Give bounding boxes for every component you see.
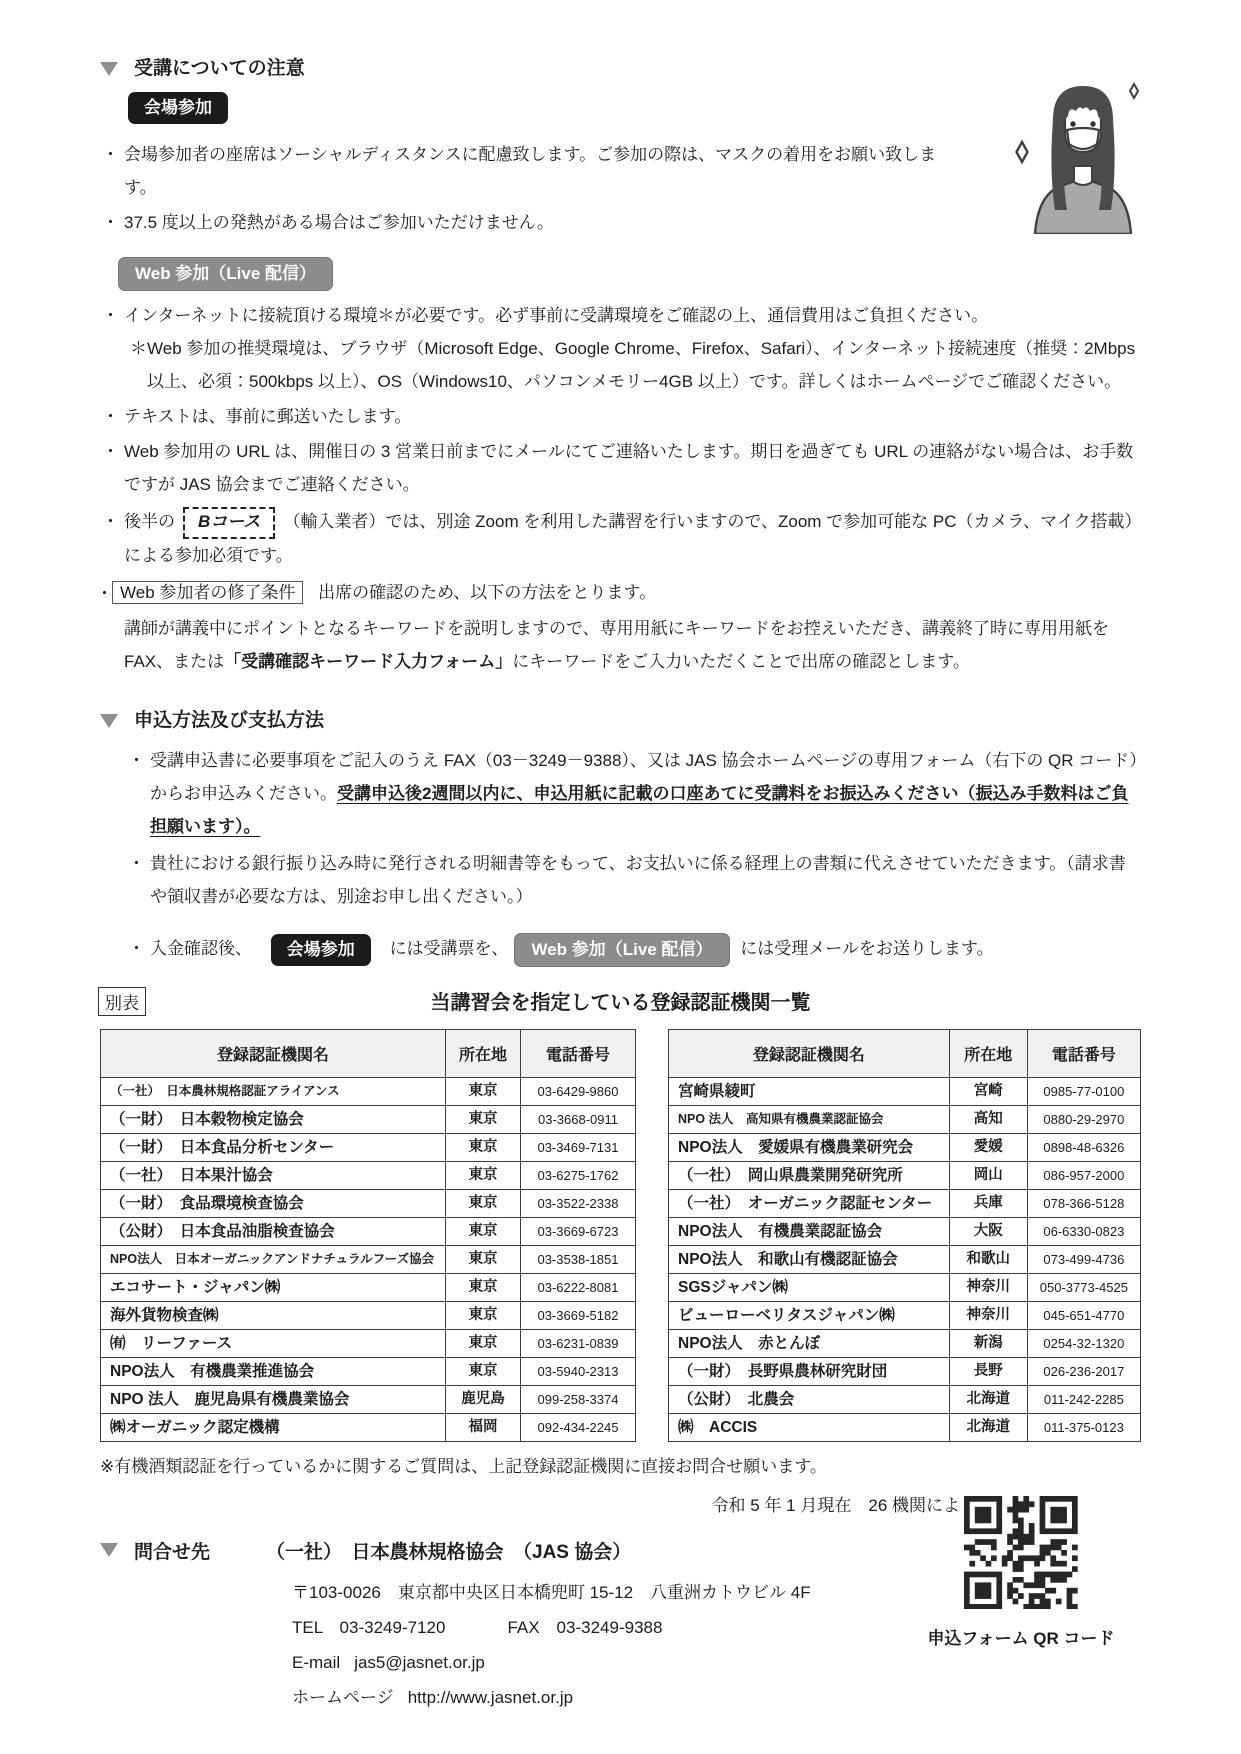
- phone-cell: 011-242-2285: [1027, 1386, 1140, 1414]
- phone-cell: 03-3522-2338: [520, 1190, 635, 1218]
- org-name-cell: NPO法人 有機農業認証協会: [669, 1218, 950, 1246]
- certification-table-right: 登録認証機関名 所在地 電話番号 宮崎県綾町宮崎0985-77-0100NPO …: [668, 1029, 1141, 1442]
- table-row: NPO法人 有機農業認証協会大阪06-6330-0823: [669, 1218, 1141, 1246]
- homepage-line: ホームページhttp://www.jasnet.or.jp: [292, 1683, 811, 1713]
- postal-address: 〒103-0026 東京都中央区日本橋兜町 15-12 八重洲カトウビル 4F: [292, 1578, 811, 1608]
- org-name-cell: エコサート・ジャパン㈱: [101, 1274, 446, 1302]
- org-name-cell: NPO法人 愛媛県有機農業研究会: [669, 1134, 950, 1162]
- location-cell: 和歌山: [949, 1246, 1027, 1274]
- phone-cell: 026-236-2017: [1027, 1358, 1140, 1386]
- completion-condition-box: Web 参加者の修了条件: [112, 581, 303, 604]
- location-cell: 兵庫: [949, 1190, 1027, 1218]
- table-row: （公財） 日本食品油脂検査協会東京03-3669-6723: [101, 1218, 636, 1246]
- location-cell: 神奈川: [949, 1274, 1027, 1302]
- neck: [1074, 166, 1092, 185]
- org-name-cell: 宮崎県綾町: [669, 1078, 950, 1106]
- bcourse-pre-text: 後半の: [124, 512, 175, 531]
- table-row: NPO法人 有機農業推進協会東京03-5940-2313: [101, 1358, 636, 1386]
- org-name-cell: NPO法人 日本オーガニックアンドナチュラルフーズ協会: [101, 1246, 446, 1274]
- org-name-cell: （一社） オーガニック認証センター: [669, 1190, 950, 1218]
- table-row: NPO法人 和歌山有機認証協会和歌山073-499-4736: [669, 1246, 1141, 1274]
- org-name-cell: （一社） 日本果汁協会: [101, 1162, 446, 1190]
- table-row: （一財） 食品環境検査協会東京03-3522-2338: [101, 1190, 636, 1218]
- completion-condition-text: 出席の確認のため、以下の方法をとります。: [318, 583, 656, 602]
- phone-cell: 0985-77-0100: [1027, 1078, 1140, 1106]
- location-cell: 東京: [446, 1078, 521, 1106]
- triangle-marker-icon: [100, 62, 118, 76]
- org-name-cell: ㈲ リーファース: [101, 1330, 446, 1358]
- table-row: （一社） 日本果汁協会東京03-6275-1762: [101, 1162, 636, 1190]
- appendix-tag: 別表: [98, 987, 146, 1016]
- table-row: SGSジャパン㈱神奈川050-3773-4525: [669, 1274, 1141, 1302]
- phone-cell: 03-3668-0911: [520, 1106, 635, 1134]
- phone-cell: 03-3469-7131: [520, 1134, 635, 1162]
- org-name-cell: （公財） 日本食品油脂検査協会: [101, 1218, 446, 1246]
- org-name-cell: （一財） 食品環境検査協会: [101, 1190, 446, 1218]
- table-row: ㈱ ACCIS北海道011-375-0123: [669, 1414, 1141, 1442]
- location-cell: 東京: [446, 1162, 521, 1190]
- phone-cell: 099-258-3374: [520, 1386, 635, 1414]
- org-name-cell: （一社） 日本農林規格認証アライアンス: [101, 1078, 446, 1106]
- table-row: ビューローベリタスジャパン㈱神奈川045-651-4770: [669, 1302, 1141, 1330]
- acceptance-mail-text: には受理メールをお送りします。: [740, 939, 993, 958]
- email-address: jas5@jasnet.or.jp: [354, 1653, 485, 1672]
- org-name-cell: SGSジャパン㈱: [669, 1274, 950, 1302]
- keyword-form-name: 「受講確認キーワード入力フォーム」: [224, 652, 512, 671]
- location-cell: 宮崎: [949, 1078, 1027, 1106]
- document-page: 受講についての注意 会場参加 会場参加者の座席はソーシャルディスタンスに配慮致し…: [0, 0, 1241, 1754]
- section-notes-heading: 受講についての注意: [100, 56, 1141, 82]
- section-notes-title: 受講についての注意: [134, 56, 305, 82]
- table-row: （一社） 岡山県農業開発研究所岡山086-957-2000: [669, 1162, 1141, 1190]
- contact-heading: 問合せ先: [100, 1538, 210, 1713]
- triangle-marker-icon: [100, 1543, 118, 1557]
- venue-participation-badge: 会場参加: [271, 934, 371, 966]
- email-label: E-mail: [292, 1653, 340, 1672]
- bcourse-box: Bコース: [183, 507, 275, 539]
- org-name-cell: （公財） 北農会: [669, 1386, 950, 1414]
- table-row: ㈲ リーファース東京03-6231-0839: [101, 1330, 636, 1358]
- email-line: E-mailjas5@jasnet.or.jp: [292, 1648, 811, 1678]
- contact-title: 問合せ先: [134, 1542, 210, 1563]
- apply-bullet-2: 貴社における銀行振り込み時に発行される明細書等をもって、お支払いに係る経理上の書…: [126, 847, 1141, 913]
- phone-cell: 03-6429-9860: [520, 1078, 635, 1106]
- location-cell: 東京: [446, 1274, 521, 1302]
- location-cell: 東京: [446, 1330, 521, 1358]
- bcourse-bullet: 後半のBコース（輸入業者）では、別途 Zoom を利用した講習を行いますので、Z…: [100, 505, 1141, 572]
- web-participation-badge: Web 参加（Live 配信）: [118, 257, 333, 291]
- phone-cell: 078-366-5128: [1027, 1190, 1140, 1218]
- phone-cell: 086-957-2000: [1027, 1162, 1140, 1190]
- location-cell: 東京: [446, 1218, 521, 1246]
- phone-cell: 03-5940-2313: [520, 1358, 635, 1386]
- org-name-cell: NPO法人 赤とんぼ: [669, 1330, 950, 1358]
- table-row: （公財） 北農会北海道011-242-2285: [669, 1386, 1141, 1414]
- table-row: （一財） 長野県農林研究財団長野026-236-2017: [669, 1358, 1141, 1386]
- table-header-row: 登録認証機関名 所在地 電話番号: [101, 1030, 636, 1078]
- section-apply-title: 申込方法及び支払方法: [134, 708, 324, 734]
- venue-bullet: 37.5 度以上の発熱がある場合はご参加いただけません。: [100, 206, 1141, 239]
- org-name-cell: （一財） 長野県農林研究財団: [669, 1358, 950, 1386]
- organization-name: （一社） 日本農林規格協会 （JAS 協会）: [266, 1538, 811, 1568]
- certification-table-left: 登録認証機関名 所在地 電話番号 （一社） 日本農林規格認証アライアンス東京03…: [100, 1029, 636, 1442]
- homepage-label: ホームページ: [292, 1688, 394, 1707]
- org-name-cell: 海外貨物検査㈱: [101, 1302, 446, 1330]
- location-cell: 新潟: [949, 1330, 1027, 1358]
- location-cell: 長野: [949, 1358, 1027, 1386]
- org-name-cell: NPO 法人 高知県有機農業認証協会: [669, 1106, 950, 1134]
- eye: [1070, 121, 1075, 126]
- location-cell: 愛媛: [949, 1134, 1027, 1162]
- triangle-marker-icon: [100, 714, 118, 728]
- table-row: NPO法人 愛媛県有機農業研究会愛媛0898-48-6326: [669, 1134, 1141, 1162]
- org-name-cell: ㈱オーガニック認定機構: [101, 1414, 446, 1442]
- table-row: エコサート・ジャパン㈱東京03-6222-8081: [101, 1274, 636, 1302]
- text-mailing-bullet: テキストは、事前に郵送いたします。: [100, 400, 1141, 433]
- tel-number: TEL 03-3249-7120: [292, 1618, 445, 1637]
- phone-cell: 092-434-2245: [520, 1414, 635, 1442]
- location-cell: 福岡: [446, 1414, 521, 1442]
- web-bullet-internet: インターネットに接続頂ける環境＊が必要です。必ず事前に受講環境をご確認の上、通信…: [100, 299, 1141, 332]
- location-cell: 東京: [446, 1302, 521, 1330]
- completion-condition-bullet: Web 参加者の修了条件 出席の確認のため、以下の方法をとります。: [100, 576, 1141, 610]
- table-row: NPO 法人 高知県有機農業認証協会高知0880-29-2970: [669, 1106, 1141, 1134]
- phone-line: TEL 03-3249-7120FAX 03-3249-9388: [292, 1613, 811, 1643]
- sparkle-icon: [1130, 84, 1138, 98]
- web-url-bullet: Web 参加用の URL は、開催日の 3 営業日前までにメールにてご連絡いたし…: [100, 435, 1141, 501]
- phone-cell: 0254-32-1320: [1027, 1330, 1140, 1358]
- org-name-cell: NPO法人 和歌山有機認証協会: [669, 1246, 950, 1274]
- column-header-name: 登録認証機関名: [101, 1030, 446, 1078]
- payment-confirm-text: 入金確認後、: [150, 939, 252, 958]
- org-name-cell: NPO法人 有機農業推進協会: [101, 1358, 446, 1386]
- org-name-cell: （一財） 日本食品分析センター: [101, 1134, 446, 1162]
- phone-cell: 03-3669-5182: [520, 1302, 635, 1330]
- eye: [1090, 121, 1095, 126]
- location-cell: 高知: [949, 1106, 1027, 1134]
- web-environment-note: ＊Web 参加の推奨環境は、ブラウザ（Microsoft Edge、Google…: [100, 332, 1141, 398]
- column-header-name: 登録認証機関名: [669, 1030, 950, 1078]
- phone-cell: 03-3669-6723: [520, 1218, 635, 1246]
- phone-cell: 011-375-0123: [1027, 1414, 1140, 1442]
- org-name-cell: NPO 法人 鹿児島県有機農業協会: [101, 1386, 446, 1414]
- apply-bullet-3: 入金確認後、 会場参加 には受講票を、Web 参加（Live 配信） には受理メ…: [126, 929, 1141, 969]
- table-row: （一財） 日本穀物検定協会東京03-3668-0911: [101, 1106, 636, 1134]
- org-name-cell: ㈱ ACCIS: [669, 1414, 950, 1442]
- location-cell: 神奈川: [949, 1302, 1027, 1330]
- column-header-phone: 電話番号: [1027, 1030, 1140, 1078]
- qr-code: [960, 1492, 1081, 1618]
- location-cell: 東京: [446, 1190, 521, 1218]
- phone-cell: 03-6222-8081: [520, 1274, 635, 1302]
- column-header-location: 所在地: [446, 1030, 521, 1078]
- location-cell: 北海道: [949, 1386, 1027, 1414]
- phone-cell: 03-6275-1762: [520, 1162, 635, 1190]
- table-row: 宮崎県綾町宮崎0985-77-0100: [669, 1078, 1141, 1106]
- table-row: NPO 法人 鹿児島県有機農業協会鹿児島099-258-3374: [101, 1386, 636, 1414]
- table-row: NPO法人 日本オーガニックアンドナチュラルフーズ協会東京03-3538-185…: [101, 1246, 636, 1274]
- org-name-cell: （一社） 岡山県農業開発研究所: [669, 1162, 950, 1190]
- table-row: （一社） オーガニック認証センター兵庫078-366-5128: [669, 1190, 1141, 1218]
- phone-cell: 03-6231-0839: [520, 1330, 635, 1358]
- phone-cell: 050-3773-4525: [1027, 1274, 1140, 1302]
- phone-cell: 06-6330-0823: [1027, 1218, 1140, 1246]
- org-name-cell: ビューローベリタスジャパン㈱: [669, 1302, 950, 1330]
- ticket-text: には受講票を、: [389, 939, 508, 958]
- phone-cell: 045-651-4770: [1027, 1302, 1140, 1330]
- table-header-row: 登録認証機関名 所在地 電話番号: [669, 1030, 1141, 1078]
- certification-bodies-section: 別表 当講習会を指定している登録認証機関一覧 登録認証機関名 所在地 電話番号 …: [100, 989, 1141, 1522]
- table-title: 当講習会を指定している登録認証機関一覧: [100, 989, 1141, 1017]
- location-cell: 岡山: [949, 1162, 1027, 1190]
- venue-participation-badge: 会場参加: [128, 92, 228, 124]
- location-cell: 大阪: [949, 1218, 1027, 1246]
- apply-bullet-1: 受講申込書に必要事項をご記入のうえ FAX（03－3249－9388）、又は J…: [126, 744, 1141, 843]
- face-mask: [1067, 128, 1099, 149]
- table-row: （一社） 日本農林規格認証アライアンス東京03-6429-9860: [101, 1078, 636, 1106]
- location-cell: 北海道: [949, 1414, 1027, 1442]
- qr-caption: 申込フォーム QR コード: [911, 1624, 1131, 1649]
- homepage-url: http://www.jasnet.or.jp: [408, 1688, 573, 1707]
- column-header-location: 所在地: [949, 1030, 1027, 1078]
- org-name-cell: （一財） 日本穀物検定協会: [101, 1106, 446, 1134]
- location-cell: 東京: [446, 1106, 521, 1134]
- qr-svg: [964, 1496, 1077, 1609]
- web-participation-badge: Web 参加（Live 配信）: [514, 933, 729, 967]
- location-cell: 東京: [446, 1358, 521, 1386]
- table-row: ㈱オーガニック認定機構福岡092-434-2245: [101, 1414, 636, 1442]
- column-header-phone: 電話番号: [520, 1030, 635, 1078]
- sparkle-icon: [1017, 142, 1028, 162]
- venue-bullet: 会場参加者の座席はソーシャルディスタンスに配慮致します。ご参加の際は、マスクの着…: [100, 138, 954, 204]
- table-row: 海外貨物検査㈱東京03-3669-5182: [101, 1302, 636, 1330]
- phone-cell: 03-3538-1851: [520, 1246, 635, 1274]
- qr-block: 申込フォーム QR コード: [911, 1492, 1131, 1649]
- completion-detail: 講師が講義中にポイントとなるキーワードを説明しますので、専用用紙にキーワードをお…: [124, 612, 1141, 678]
- table-row: NPO法人 赤とんぼ新潟0254-32-1320: [669, 1330, 1141, 1358]
- location-cell: 東京: [446, 1246, 521, 1274]
- phone-cell: 0880-29-2970: [1027, 1106, 1140, 1134]
- phone-cell: 0898-48-6326: [1027, 1134, 1140, 1162]
- location-cell: 鹿児島: [446, 1386, 521, 1414]
- table-footnote: ※有機酒類認証を行っているかに関するご質問は、上記登録認証機関に直接お問合せ願い…: [100, 1450, 1141, 1483]
- completion-detail-post: にキーワードをご入力いただくことで出席の確認とします。: [512, 652, 970, 671]
- fax-number: FAX 03-3249-9388: [507, 1618, 662, 1637]
- phone-cell: 073-499-4736: [1027, 1246, 1140, 1274]
- contact-body: （一社） 日本農林規格協会 （JAS 協会） 〒103-0026 東京都中央区日…: [266, 1538, 811, 1713]
- table-row: （一財） 日本食品分析センター東京03-3469-7131: [101, 1134, 636, 1162]
- section-apply-heading: 申込方法及び支払方法: [100, 708, 1141, 734]
- location-cell: 東京: [446, 1134, 521, 1162]
